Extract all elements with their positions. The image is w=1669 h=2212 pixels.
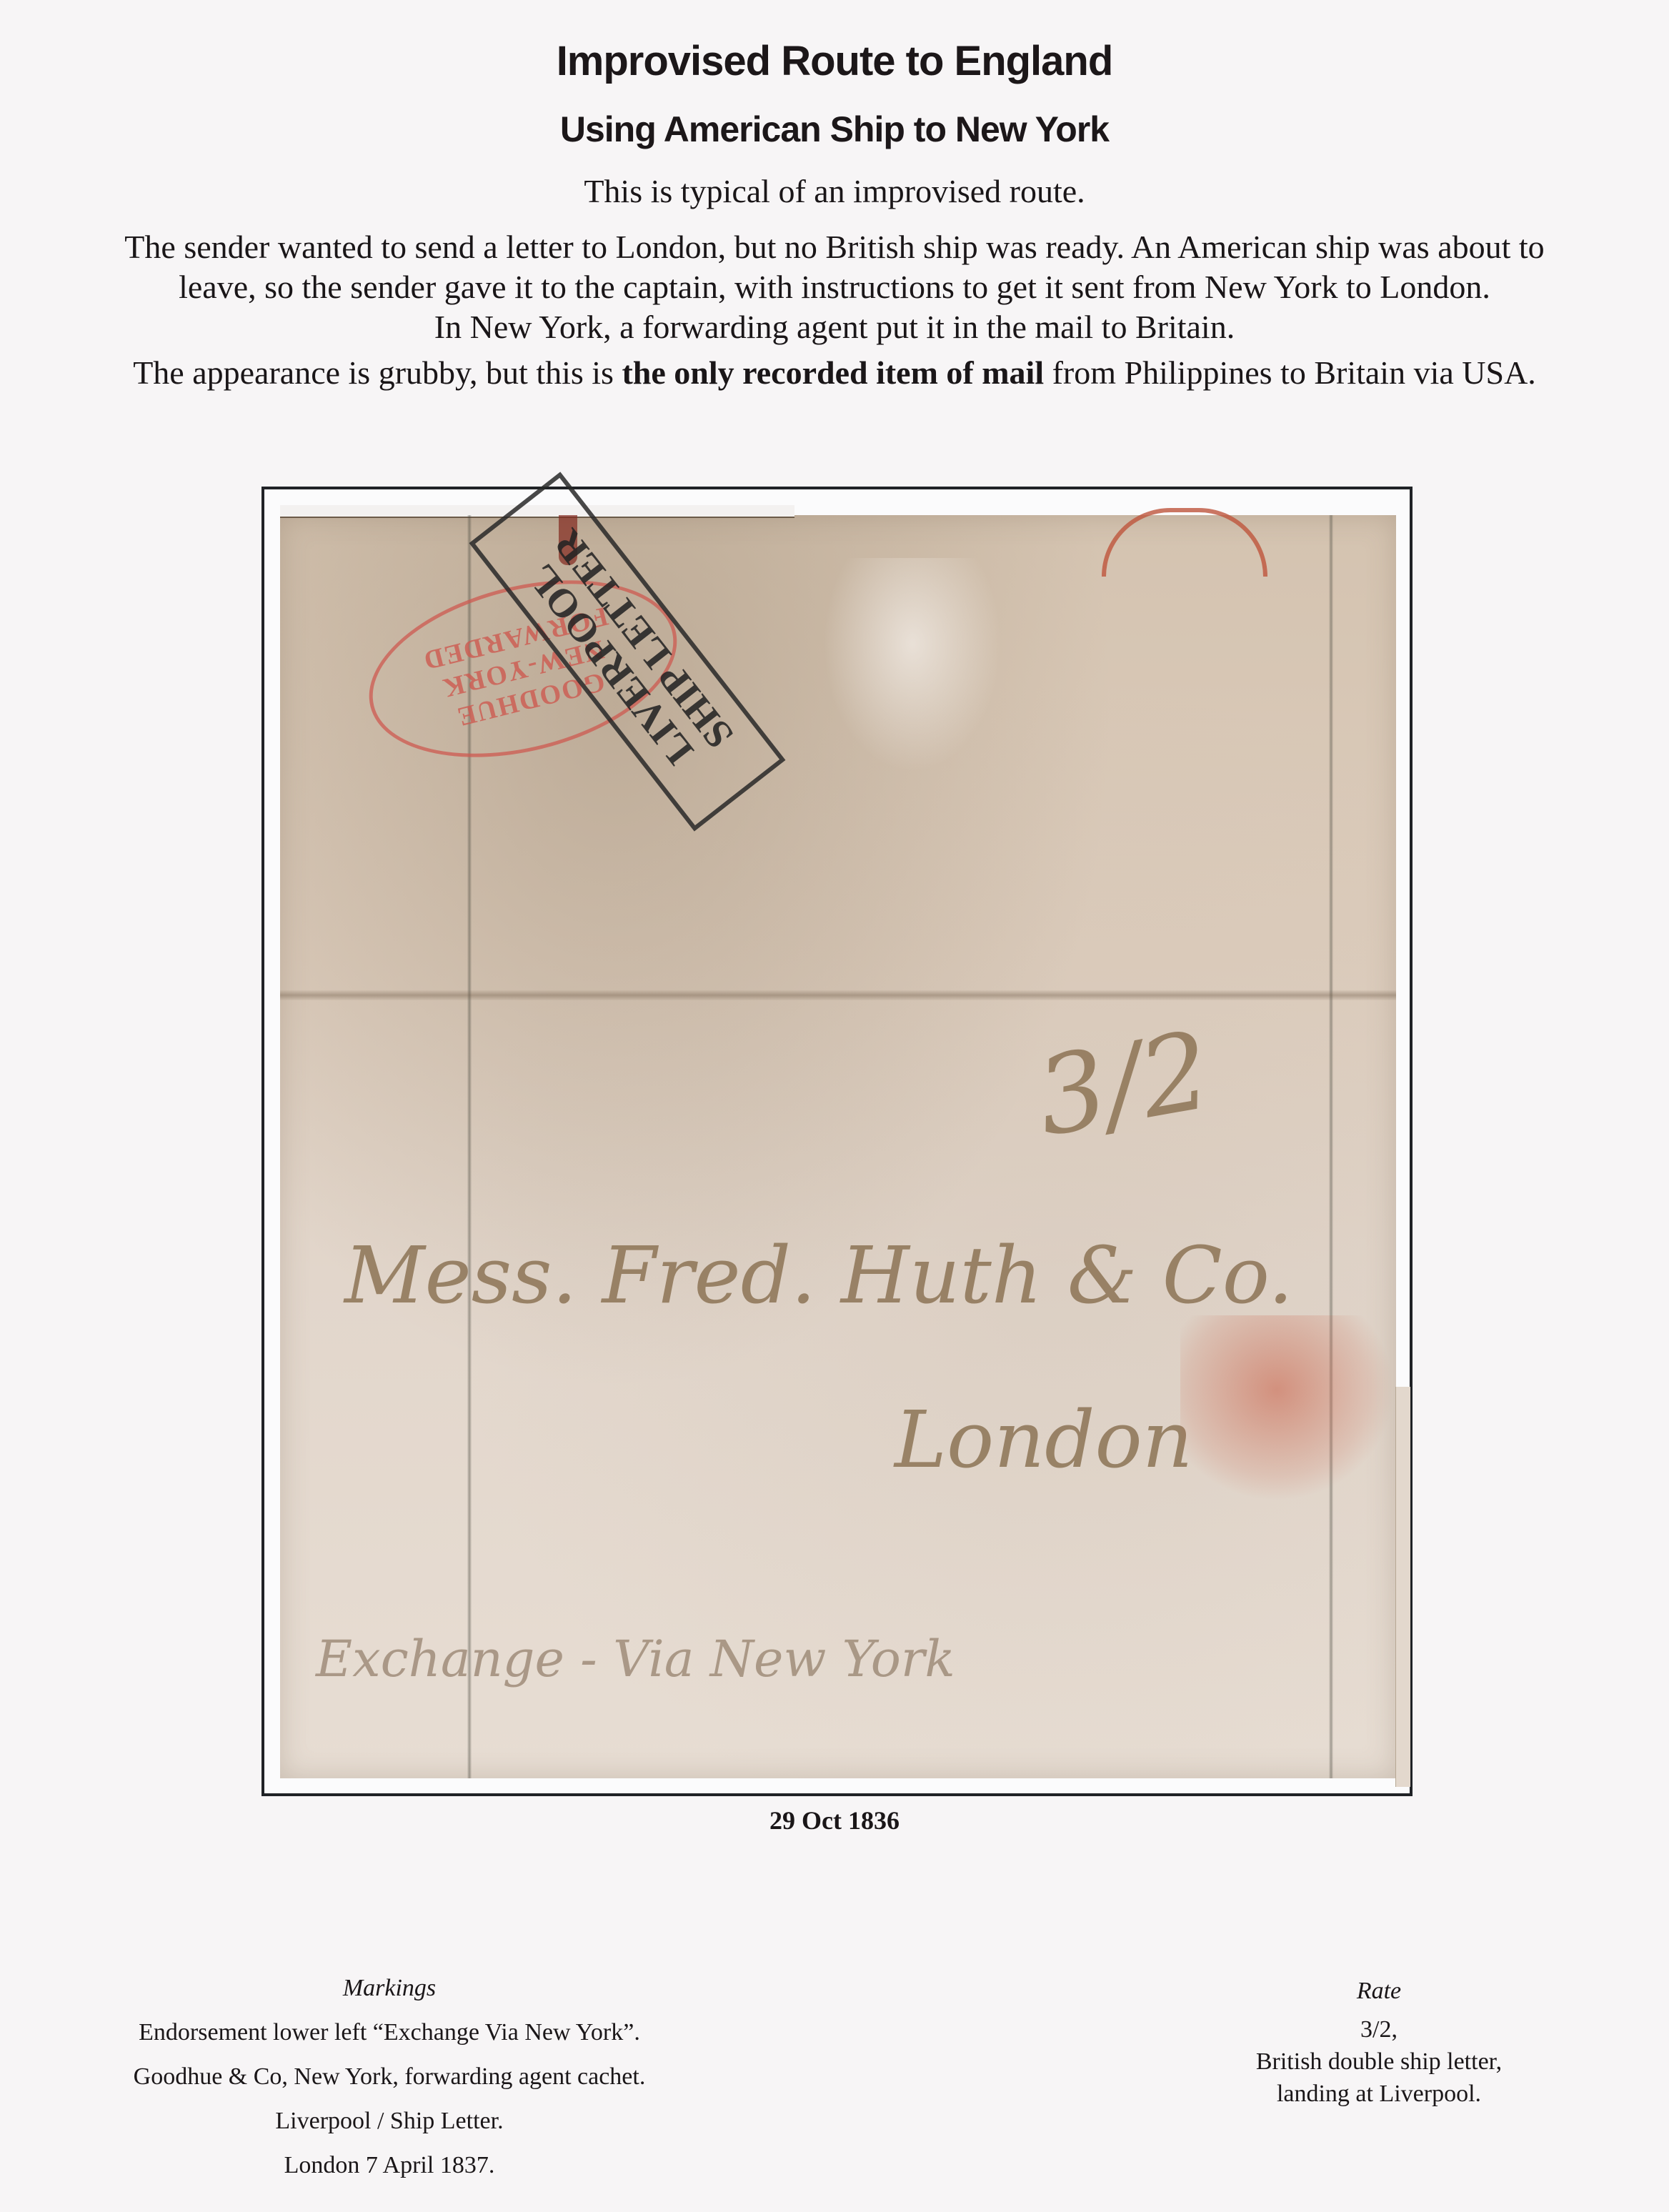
- rate-item: landing at Liverpool.: [1143, 2078, 1615, 2110]
- intro-line: leave, so the sender gave it to the capt…: [0, 267, 1669, 307]
- rate-heading: Rate: [1143, 1973, 1615, 2009]
- page-subtitle: Using American Ship to New York: [0, 109, 1669, 150]
- intro-text: The appearance is grubby, but this is: [133, 354, 622, 391]
- paper-edge: [1395, 1387, 1410, 1787]
- intro-paragraph-3: The appearance is grubby, but this is th…: [0, 353, 1669, 393]
- manuscript-endorsement: Exchange - Via New York: [316, 1630, 955, 1688]
- markings-heading: Markings: [32, 1966, 747, 2011]
- cover-mount-frame: GOODHUE NEW-YORK FORWARDED LIVERPOOL SHI…: [261, 487, 1413, 1796]
- manuscript-address-city: London: [895, 1394, 1193, 1485]
- postal-cover-image: GOODHUE NEW-YORK FORWARDED LIVERPOOL SHI…: [280, 515, 1396, 1778]
- markings-item: Endorsement lower left “Exchange Via New…: [32, 2011, 747, 2055]
- rate-item: British double ship letter,: [1143, 2046, 1615, 2078]
- red-datestamp-partial: [1102, 508, 1267, 577]
- intro-paragraph-1: This is typical of an improvised route.: [0, 171, 1669, 211]
- rate-item: 3/2,: [1143, 2013, 1615, 2046]
- torn-area: [823, 558, 1002, 772]
- cover-date: 29 Oct 1836: [0, 1805, 1669, 1835]
- manuscript-rate: 3/2: [1028, 1008, 1220, 1160]
- markings-item: Goodhue & Co, New York, forwarding agent…: [32, 2055, 747, 2099]
- highlight-text: the only recorded item of mail: [622, 354, 1044, 391]
- intro-line: In New York, a forwarding agent put it i…: [0, 307, 1669, 347]
- markings-item: London 7 April 1837.: [32, 2143, 747, 2188]
- intro-text: from Philippines to Britain via USA.: [1044, 354, 1536, 391]
- intro-line: The sender wanted to send a letter to Lo…: [0, 227, 1669, 267]
- manuscript-address: Mess. Fred. Huth & Co.: [344, 1230, 1293, 1321]
- fold-line: [1329, 515, 1333, 1778]
- page-title: Improvised Route to England: [0, 37, 1669, 85]
- fold-line: [280, 990, 1396, 1000]
- markings-item: Liverpool / Ship Letter.: [32, 2099, 747, 2143]
- rate-section: Rate 3/2, British double ship letter, la…: [1143, 1973, 1615, 2110]
- red-london-datestamp: [1180, 1315, 1395, 1501]
- markings-section: Markings Endorsement lower left “Exchang…: [32, 1966, 747, 2188]
- intro-paragraph-2: The sender wanted to send a letter to Lo…: [0, 227, 1669, 347]
